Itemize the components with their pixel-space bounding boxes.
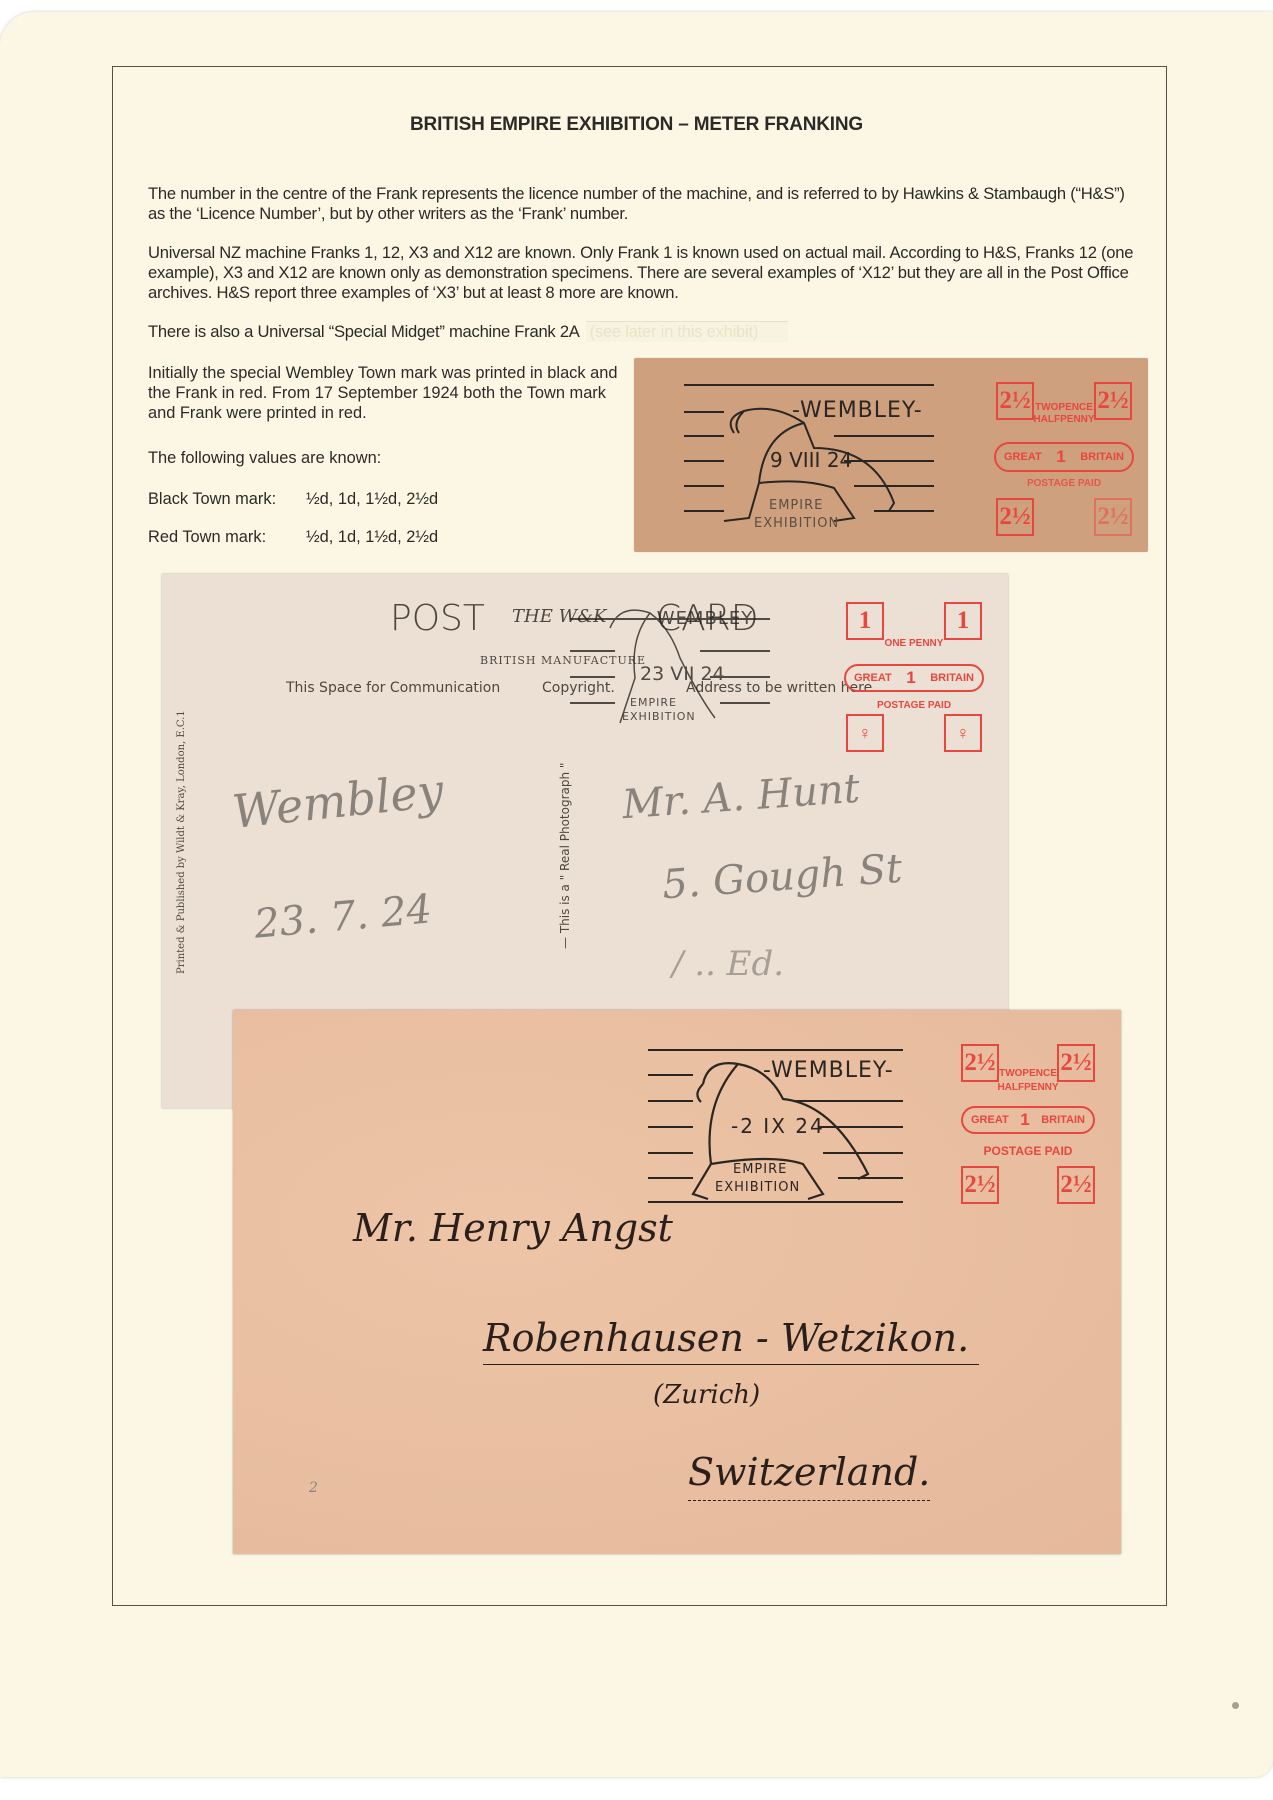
pencil-note-wembley: Wembley [230, 763, 446, 839]
pencil-mark: 2 [309, 1480, 318, 1496]
slogan-line-2: EXHIBITION [622, 710, 696, 723]
communication-label: This Space for Communication [286, 680, 500, 696]
frank-licence-band: GREAT 1 BRITAIN [961, 1106, 1095, 1134]
address-line-canton: (Zurich) [653, 1380, 760, 1410]
frank-right: BRITAIN [1041, 1114, 1085, 1126]
frank-value: 1 [846, 602, 884, 640]
postmark-date: 9 VIII 24 [770, 448, 852, 472]
meter-frank-2half: 2½ 2½ TWOPENCE HALFPENNY GREAT 1 BRITAIN… [961, 1044, 1095, 1204]
frank-postage-paid: POSTAGE PAID [961, 1144, 1095, 1158]
town-name: -WEMBLEY- [763, 1058, 894, 1083]
page-speck [1232, 1702, 1239, 1709]
frank-value-words: HALFPENNY [961, 1082, 1095, 1093]
frank-value-words: HALFPENNY [994, 414, 1134, 425]
covered-note: (see later in this exhibit) [586, 321, 788, 342]
slogan-line-2: EXHIBITION [715, 1180, 800, 1195]
frank-licence-number: 1 [1056, 447, 1065, 467]
frank-value-words: TWOPENCE [961, 1068, 1095, 1079]
frank-right: BRITAIN [1080, 451, 1124, 463]
paragraph-special-midget: There is also a Universal “Special Midge… [148, 321, 1143, 342]
postmark-date: 23 VII 24 [640, 663, 725, 685]
meter-cutout: -WEMBLEY- 9 VIII 24 EMPIRE EXHIBITION 2½… [634, 358, 1148, 552]
frank-licence-band: GREAT 1 BRITAIN [844, 664, 984, 692]
page-title: BRITISH EMPIRE EXHIBITION – METER FRANKI… [0, 114, 1273, 136]
values-heading: The following values are known: [148, 448, 628, 468]
values-list: ½d, 1d, 1½d, 2½d [306, 528, 438, 546]
address-line-name: Mr. Henry Angst [353, 1206, 673, 1250]
values-label: Black Town mark: [148, 489, 306, 509]
slogan-line-1: EMPIRE [733, 1162, 787, 1177]
frank-postage-paid: POSTAGE PAID [994, 478, 1134, 489]
wembley-town-mark: -WEMBLEY- -2 IX 24 EMPIRE EXHIBITION [643, 1044, 903, 1204]
frank-postage-paid: POSTAGE PAID [844, 700, 984, 711]
frank-left: GREAT [971, 1114, 1009, 1126]
frank-left: GREAT [1004, 451, 1042, 463]
frank-value: 2½ [1094, 498, 1132, 536]
postmark-date: -2 IX 24 [731, 1114, 825, 1138]
frank-right: BRITAIN [930, 672, 974, 684]
values-label: Red Town mark: [148, 527, 306, 547]
frank-licence-number: 1 [906, 668, 915, 688]
wembley-town-mark: -WEMBLEY- 9 VIII 24 EMPIRE EXHIBITION [674, 378, 944, 538]
address-line: Mr. A. Hunt [621, 766, 862, 828]
intro-text: Initially the special Wembley Town mark … [148, 363, 628, 423]
frank-licence-band: GREAT 1 BRITAIN [994, 442, 1134, 472]
wembley-town-mark: -WEMBLEY- 23 VII 24 EMPIRE EXHIBITION [530, 598, 780, 728]
meter-frank-2half: 2½ 2½ TWOPENCE HALFPENNY GREAT 1 BRITAIN… [994, 380, 1134, 540]
publisher-imprint: Printed & Published by Wildt & Kray, Lon… [176, 710, 187, 974]
values-row-black: Black Town mark:½d, 1d, 1½d, 2½d [148, 489, 628, 509]
values-row-red: Red Town mark:½d, 1d, 1½d, 2½d [148, 527, 628, 547]
address-line: 5. Gough St [661, 846, 904, 909]
frank-left: GREAT [854, 672, 892, 684]
frank-value-words: TWOPENCE [994, 402, 1134, 413]
paragraph-known-franks: Universal NZ machine Franks 1, 12, X3 an… [148, 243, 1143, 303]
real-photograph-note: — This is a " Real Photograph " [558, 763, 572, 949]
paragraph-licence-number: The number in the centre of the Frank re… [148, 184, 1143, 224]
pencil-note-date: 23. 7. 24 [252, 886, 433, 947]
slogan-line-2: EXHIBITION [754, 516, 839, 531]
town-name: -WEMBLEY- [792, 398, 923, 423]
frank-licence-number: 1 [1020, 1110, 1029, 1130]
frank-value: 1 [944, 602, 982, 640]
special-midget-text: There is also a Universal “Special Midge… [148, 322, 580, 341]
address-line-town: Robenhausen - Wetzikon. [483, 1316, 979, 1365]
postcard-heading-post: POST [390, 598, 485, 639]
slogan-line-1: EMPIRE [769, 498, 823, 513]
frank-value-words: ONE PENNY [844, 638, 984, 649]
slogan-line-1: EMPIRE [630, 696, 677, 709]
address-line: / .. Ed. [672, 944, 784, 984]
town-name: -WEMBLEY- [650, 608, 759, 629]
frank-value: 2½ [1057, 1166, 1095, 1204]
meter-frank-1d: 1 1 ONE PENNY GREAT 1 BRITAIN POSTAGE PA… [844, 602, 984, 752]
envelope: -WEMBLEY- -2 IX 24 EMPIRE EXHIBITION 2½ … [233, 1010, 1121, 1554]
frank-value: 2½ [961, 1166, 999, 1204]
address-line-country: Switzerland. [688, 1450, 930, 1501]
frank-value: 2½ [996, 498, 1034, 536]
values-list: ½d, 1d, 1½d, 2½d [306, 490, 438, 508]
